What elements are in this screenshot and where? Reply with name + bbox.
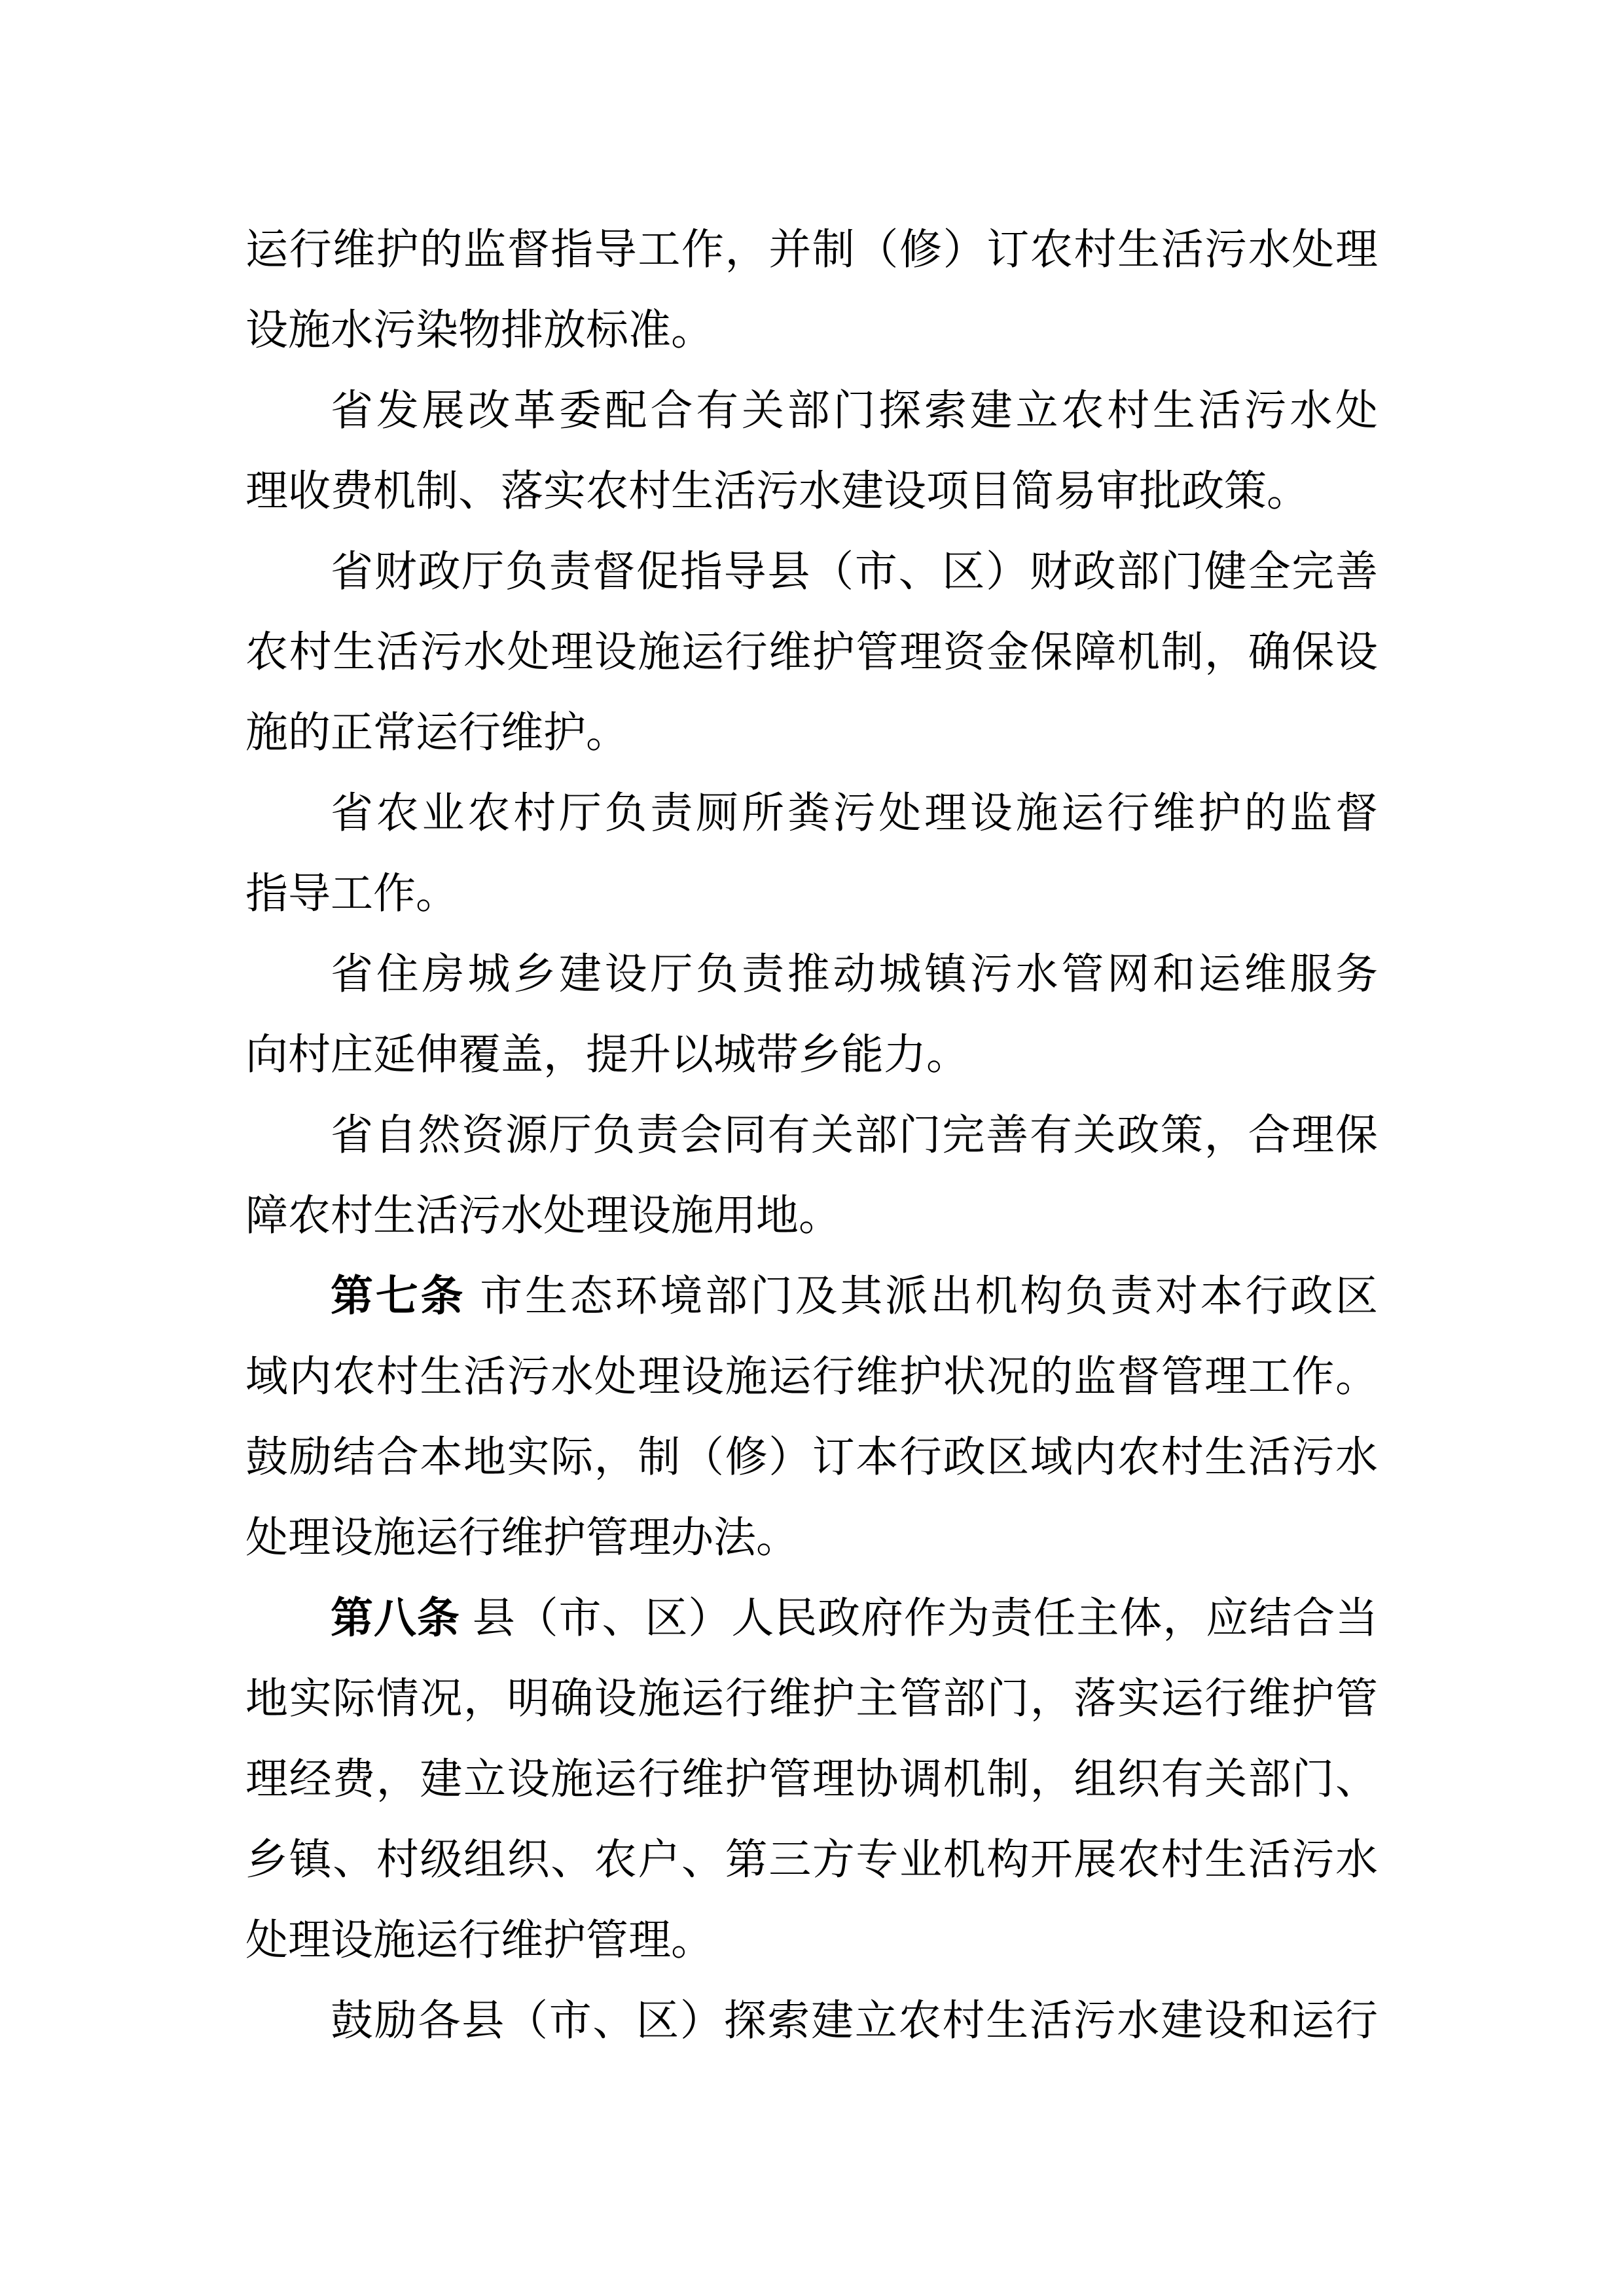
text-line: 省发展改革委配合有关部门探索建立农村生活污水处 [245,370,1378,450]
text-line: 省住房城乡建设厅负责推动城镇污水管网和运维服务 [245,933,1378,1014]
text-line: 处理设施运行维护管理。 [245,1899,1378,1980]
text-line: 向村庄延伸覆盖，提升以城带乡能力。 [245,1014,1378,1094]
text-line: 设施水污染物排放标准。 [245,289,1378,370]
text-line: 指导工作。 [245,853,1378,933]
text-line: 地实际情况，明确设施运行维护主管部门，落实运行维护管 [245,1658,1378,1738]
text-line: 障农村生活污水处理设施用地。 [245,1175,1378,1255]
text-line: 第八条 县（市、区）人民政府作为责任主体，应结合当 [245,1577,1378,1658]
text-line: 乡镇、村级组织、农户、第三方专业机构开展农村生活污水 [245,1819,1378,1899]
document-page: 运行维护的监督指导工作，并制（修）订农村生活污水处理 设施水污染物排放标准。 省… [0,0,1624,2296]
text-line: 施的正常运行维护。 [245,692,1378,772]
text-line: 理经费，建立设施运行维护管理协调机制，组织有关部门、 [245,1738,1378,1819]
text-line: 鼓励各县（市、区）探索建立农村生活污水建设和运行 [245,1980,1378,2060]
text-line: 域内农村生活污水处理设施运行维护状况的监督管理工作。 [245,1336,1378,1416]
text-line: 运行维护的监督指导工作，并制（修）订农村生活污水处理 [245,209,1378,289]
text-line: 鼓励结合本地实际，制（修）订本行政区域内农村生活污水 [245,1416,1378,1497]
line-text: 市生态环境部门及其派出机构负责对本行政区 [465,1272,1378,1319]
text-line: 省财政厅负责督促指导县（市、区）财政部门健全完善 [245,531,1378,611]
text-line: 农村生活污水处理设施运行维护管理资金保障机制，确保设 [245,611,1378,692]
document-text-block: 运行维护的监督指导工作，并制（修）订农村生活污水处理 设施水污染物排放标准。 省… [245,209,1378,2060]
article-number-8: 第八条 [331,1594,460,1641]
text-line: 理收费机制、落实农村生活污水建设项目简易审批政策。 [245,450,1378,531]
text-line: 省农业农村厅负责厕所粪污处理设施运行维护的监督 [245,772,1378,853]
text-line: 省自然资源厅负责会同有关部门完善有关政策，合理保 [245,1094,1378,1175]
text-line: 处理设施运行维护管理办法。 [245,1497,1378,1577]
article-number-7: 第七条 [331,1272,465,1319]
text-line: 第七条 市生态环境部门及其派出机构负责对本行政区 [245,1255,1378,1336]
line-text: 县（市、区）人民政府作为责任主体，应结合当 [460,1594,1378,1641]
